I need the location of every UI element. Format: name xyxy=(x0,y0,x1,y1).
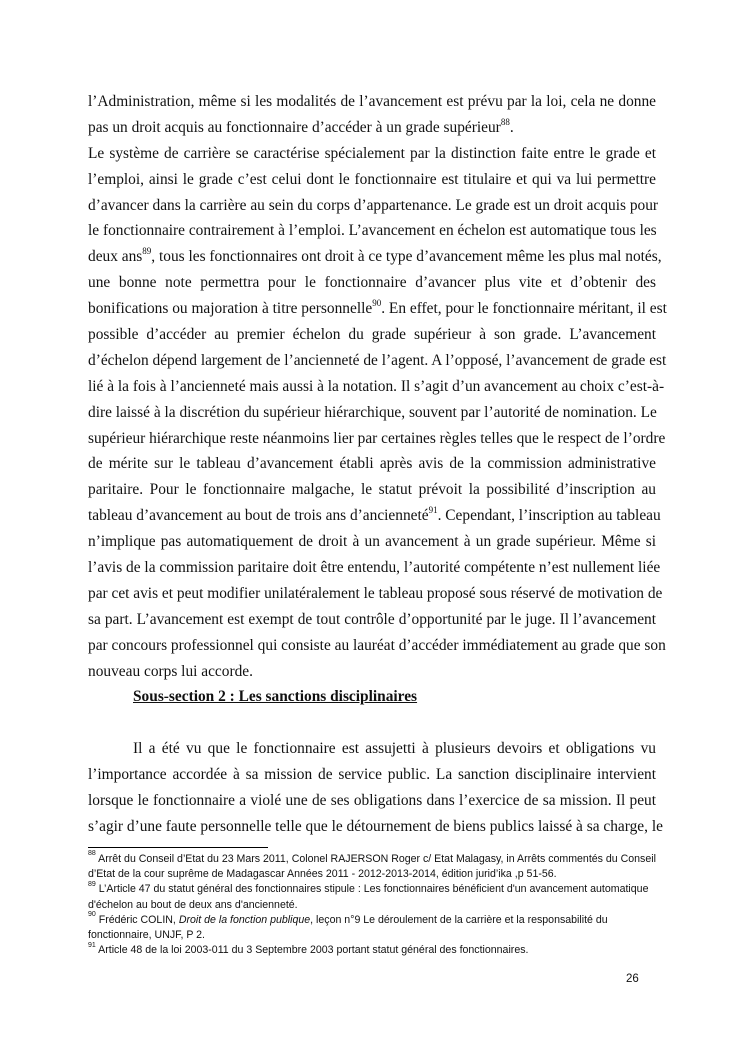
body-line: l’Administration, même si les modalités … xyxy=(88,89,656,115)
body-line: possible d’accéder au premier échelon du… xyxy=(88,322,656,348)
body-line: l’emploi, ainsi le grade c’est celui don… xyxy=(88,167,656,193)
footnote-ref-88[interactable]: 88 xyxy=(501,117,510,127)
body-line: nouveau corps lui accorde. xyxy=(88,659,656,685)
body-line: deux ans89, tous les fonctionnaires ont … xyxy=(88,244,656,270)
body-line: par concours professionnel qui consiste … xyxy=(88,633,656,659)
body-line: d’échelon dépend largement de l’ancienne… xyxy=(88,348,656,374)
footnote-separator xyxy=(88,847,268,848)
page-number: 26 xyxy=(626,973,639,985)
footnotes: 88 Arrêt du Conseil d’Etat du 23 Mars 20… xyxy=(88,852,668,958)
footnote-ref-90[interactable]: 90 xyxy=(372,298,381,308)
body-line: sa part. L’avancement est exempt de tout… xyxy=(88,607,656,633)
document-page: l’Administration, même si les modalités … xyxy=(0,0,745,1053)
body-line: n’implique pas automatiquement de droit … xyxy=(88,529,656,555)
body-line: l’importance accordée à sa mission de se… xyxy=(88,762,656,788)
body-line: le fonctionnaire contrairement à l’emplo… xyxy=(88,218,656,244)
footnote-88: 88 Arrêt du Conseil d’Etat du 23 Mars 20… xyxy=(88,852,668,882)
body-text: l’Administration, même si les modalités … xyxy=(88,89,656,840)
body-line: dire laissé à la discrétion du supérieur… xyxy=(88,400,656,426)
body-line: Il a été vu que le fonctionnaire est ass… xyxy=(88,736,656,762)
footnote-ref-91[interactable]: 91 xyxy=(429,505,438,515)
body-line: d’avancer dans la carrière au sein du co… xyxy=(88,193,656,219)
body-line: bonifications ou majoration à titre pers… xyxy=(88,296,656,322)
body-line: supérieur hiérarchique reste néanmoins l… xyxy=(88,426,656,452)
body-line: une bonne note permettra pour le fonctio… xyxy=(88,270,656,296)
body-line: l’avis de la commission paritaire doit ê… xyxy=(88,555,656,581)
body-line: tableau d’avancement au bout de trois an… xyxy=(88,503,656,529)
body-line: par cet avis et peut modifier unilatéral… xyxy=(88,581,656,607)
body-line: paritaire. Pour le fonctionnaire malgach… xyxy=(88,477,656,503)
body-line: lorsque le fonctionnaire a violé une de … xyxy=(88,788,656,814)
spacer xyxy=(88,710,656,736)
footnote-91: 91 Article 48 de la loi 2003-011 du 3 Se… xyxy=(88,943,668,958)
body-line: s’agir d’une faute personnelle telle que… xyxy=(88,814,656,840)
body-line: de mérite sur le tableau d’avancement ét… xyxy=(88,451,656,477)
footnote-90: 90 Frédéric COLIN, Droit de la fonction … xyxy=(88,913,668,943)
body-line: Le système de carrière se caractérise sp… xyxy=(88,141,656,167)
body-line: pas un droit acquis au fonctionnaire d’a… xyxy=(88,115,656,141)
footnote-ref-89[interactable]: 89 xyxy=(142,246,151,256)
body-line: lié à la fois à l’ancienneté mais aussi … xyxy=(88,374,656,400)
section-heading: Sous-section 2 : Les sanctions disciplin… xyxy=(88,684,656,710)
footnote-89: 89 L’Article 47 du statut général des fo… xyxy=(88,882,668,912)
